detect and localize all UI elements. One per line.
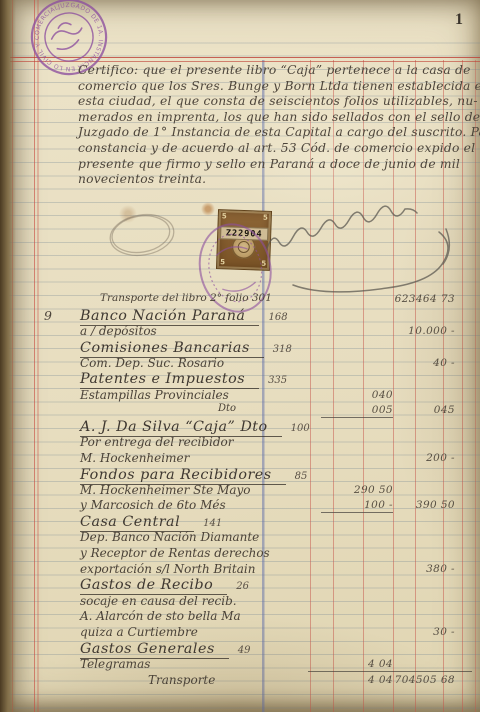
ledger-row: M. Hockenheimer Ste Mayo 290 50 xyxy=(0,483,480,499)
certificate-line: merados en imprenta, los que han sido se… xyxy=(78,110,466,126)
row-text: a / depósitos xyxy=(80,324,157,338)
row-text: quiza a Curtiembre xyxy=(80,625,198,639)
row-amount-right: 200 - xyxy=(369,452,455,464)
row-folio: 168 xyxy=(268,312,287,323)
row-folio: 100 xyxy=(291,423,310,434)
pencil-oval xyxy=(100,205,184,265)
certificate-line: presente que firmo y sello en Paraná a d… xyxy=(78,157,466,173)
row-amount-right: 30 - xyxy=(369,626,455,638)
row-amount-mid: 4 04 xyxy=(321,658,393,670)
row-text: socaje en causa del recib. xyxy=(80,594,237,608)
ledger-page: 1 JUZGADO DE 1A. INSTANCIA EN LO CIVIL Y… xyxy=(0,0,480,712)
row-amount-mid: 290 50 xyxy=(321,484,393,496)
row-text: Transporte xyxy=(148,673,215,687)
certificate-line: constancia y de acuerdo al art. 53 Cód. … xyxy=(78,141,466,157)
row-text: Dep. Banco Nación Diamante xyxy=(80,530,259,544)
ledger-row: Dto 005 045 xyxy=(0,403,480,419)
row-folio: 141 xyxy=(203,518,222,529)
row-text: Transporte del libro 2° folio 301 xyxy=(100,292,272,304)
signature xyxy=(255,216,475,291)
row-folio: 26 xyxy=(236,581,249,592)
row-text: y Marcosich de 6to Més xyxy=(80,498,226,512)
row-amount-right: 390 50 xyxy=(369,499,455,511)
row-text: exportación s/l North Britain xyxy=(80,562,255,576)
row-amount-right: 380 - xyxy=(369,563,455,575)
page-number: 1 xyxy=(455,11,463,29)
ledger-row: M. Hockenheimer 200 - xyxy=(0,451,480,467)
ledger-row: A. Alarcón de sto bella Ma xyxy=(0,609,480,625)
row-text: M. Hockenheimer xyxy=(80,451,189,465)
ledger-row: Casa Central141 xyxy=(0,514,480,530)
row-text: Dto xyxy=(218,403,236,414)
ledger-row: socaje en causa del recib. xyxy=(0,594,480,610)
row-text: A. Alarcón de sto bella Ma xyxy=(80,609,241,623)
row-amount-mid: 040 xyxy=(321,389,393,401)
certificate-line: esta ciudad, el que consta de seisciento… xyxy=(78,94,466,110)
ledger-row: quiza a Curtiembre 30 - xyxy=(0,625,480,641)
row-amount-right: 704505 68 xyxy=(369,674,455,686)
ledger-row: Por entrega del recibidor xyxy=(0,435,480,451)
row-amount-right: 10.000 - xyxy=(369,325,455,337)
row-margin-number: 9 xyxy=(44,308,52,323)
certificate-line: comercio que los Sres. Bunge y Born Ltda… xyxy=(78,79,466,95)
ledger-row: Transporte 4 04 704505 68 xyxy=(0,673,480,689)
row-text: Estampillas Provinciales xyxy=(80,388,229,402)
ledger-row: A. J. Da Silva “Caja” Dto100 xyxy=(0,419,480,435)
ledger-row: Estampillas Provinciales 040 xyxy=(0,388,480,404)
ledger-row: Dep. Banco Nación Diamante xyxy=(0,530,480,546)
row-amount-right: 623464 73 xyxy=(369,293,455,305)
row-folio: 318 xyxy=(273,344,292,355)
ledger-row: Com. Dep. Suc. Rosario 40 - xyxy=(0,356,480,372)
ledger-row: Transporte del libro 2° folio 301 623464… xyxy=(0,292,480,308)
ledger-row: 9Banco Nación Paraná168 xyxy=(0,308,480,324)
certificate-line: Juzgado de 1° Instancia de esta Capital … xyxy=(78,125,466,141)
row-text: y Receptor de Rentas derechos xyxy=(80,546,270,560)
ledger-row: Fondos para Recibidores85 xyxy=(0,467,480,483)
ledger-row: y Marcosich de 6to Més 100 - 390 50 xyxy=(0,498,480,514)
ledger-row: a / depósitos 10.000 - xyxy=(0,324,480,340)
row-amount-right: 045 xyxy=(369,404,455,416)
row-text: Telegramas xyxy=(80,657,150,671)
row-folio: 335 xyxy=(268,375,287,386)
row-folio: 85 xyxy=(295,471,308,482)
ledger-row: exportación s/l North Britain 380 - xyxy=(0,562,480,578)
row-text: M. Hockenheimer Ste Mayo xyxy=(80,483,251,497)
ledger-row: Gastos Generales49 xyxy=(0,641,480,657)
certificate-line: Certifico: que el presente libro “Caja” … xyxy=(78,63,466,79)
certificate-line: novecientos treinta. xyxy=(78,172,466,188)
row-folio: 49 xyxy=(238,645,251,656)
certificate-paragraph: Certifico: que el presente libro “Caja” … xyxy=(78,63,466,188)
row-amount-right: 40 - xyxy=(369,357,455,369)
ledger-row: Patentes e Impuestos335 xyxy=(0,371,480,387)
ledger-row: y Receptor de Rentas derechos xyxy=(0,546,480,562)
ledger: Transporte del libro 2° folio 301 623464… xyxy=(0,292,480,688)
row-text: Por entrega del recibidor xyxy=(80,435,234,449)
row-text: Com. Dep. Suc. Rosario xyxy=(80,356,224,370)
ledger-row: Comisiones Bancarias318 xyxy=(0,340,480,356)
ledger-row: Gastos de Recibo26 xyxy=(0,577,480,593)
